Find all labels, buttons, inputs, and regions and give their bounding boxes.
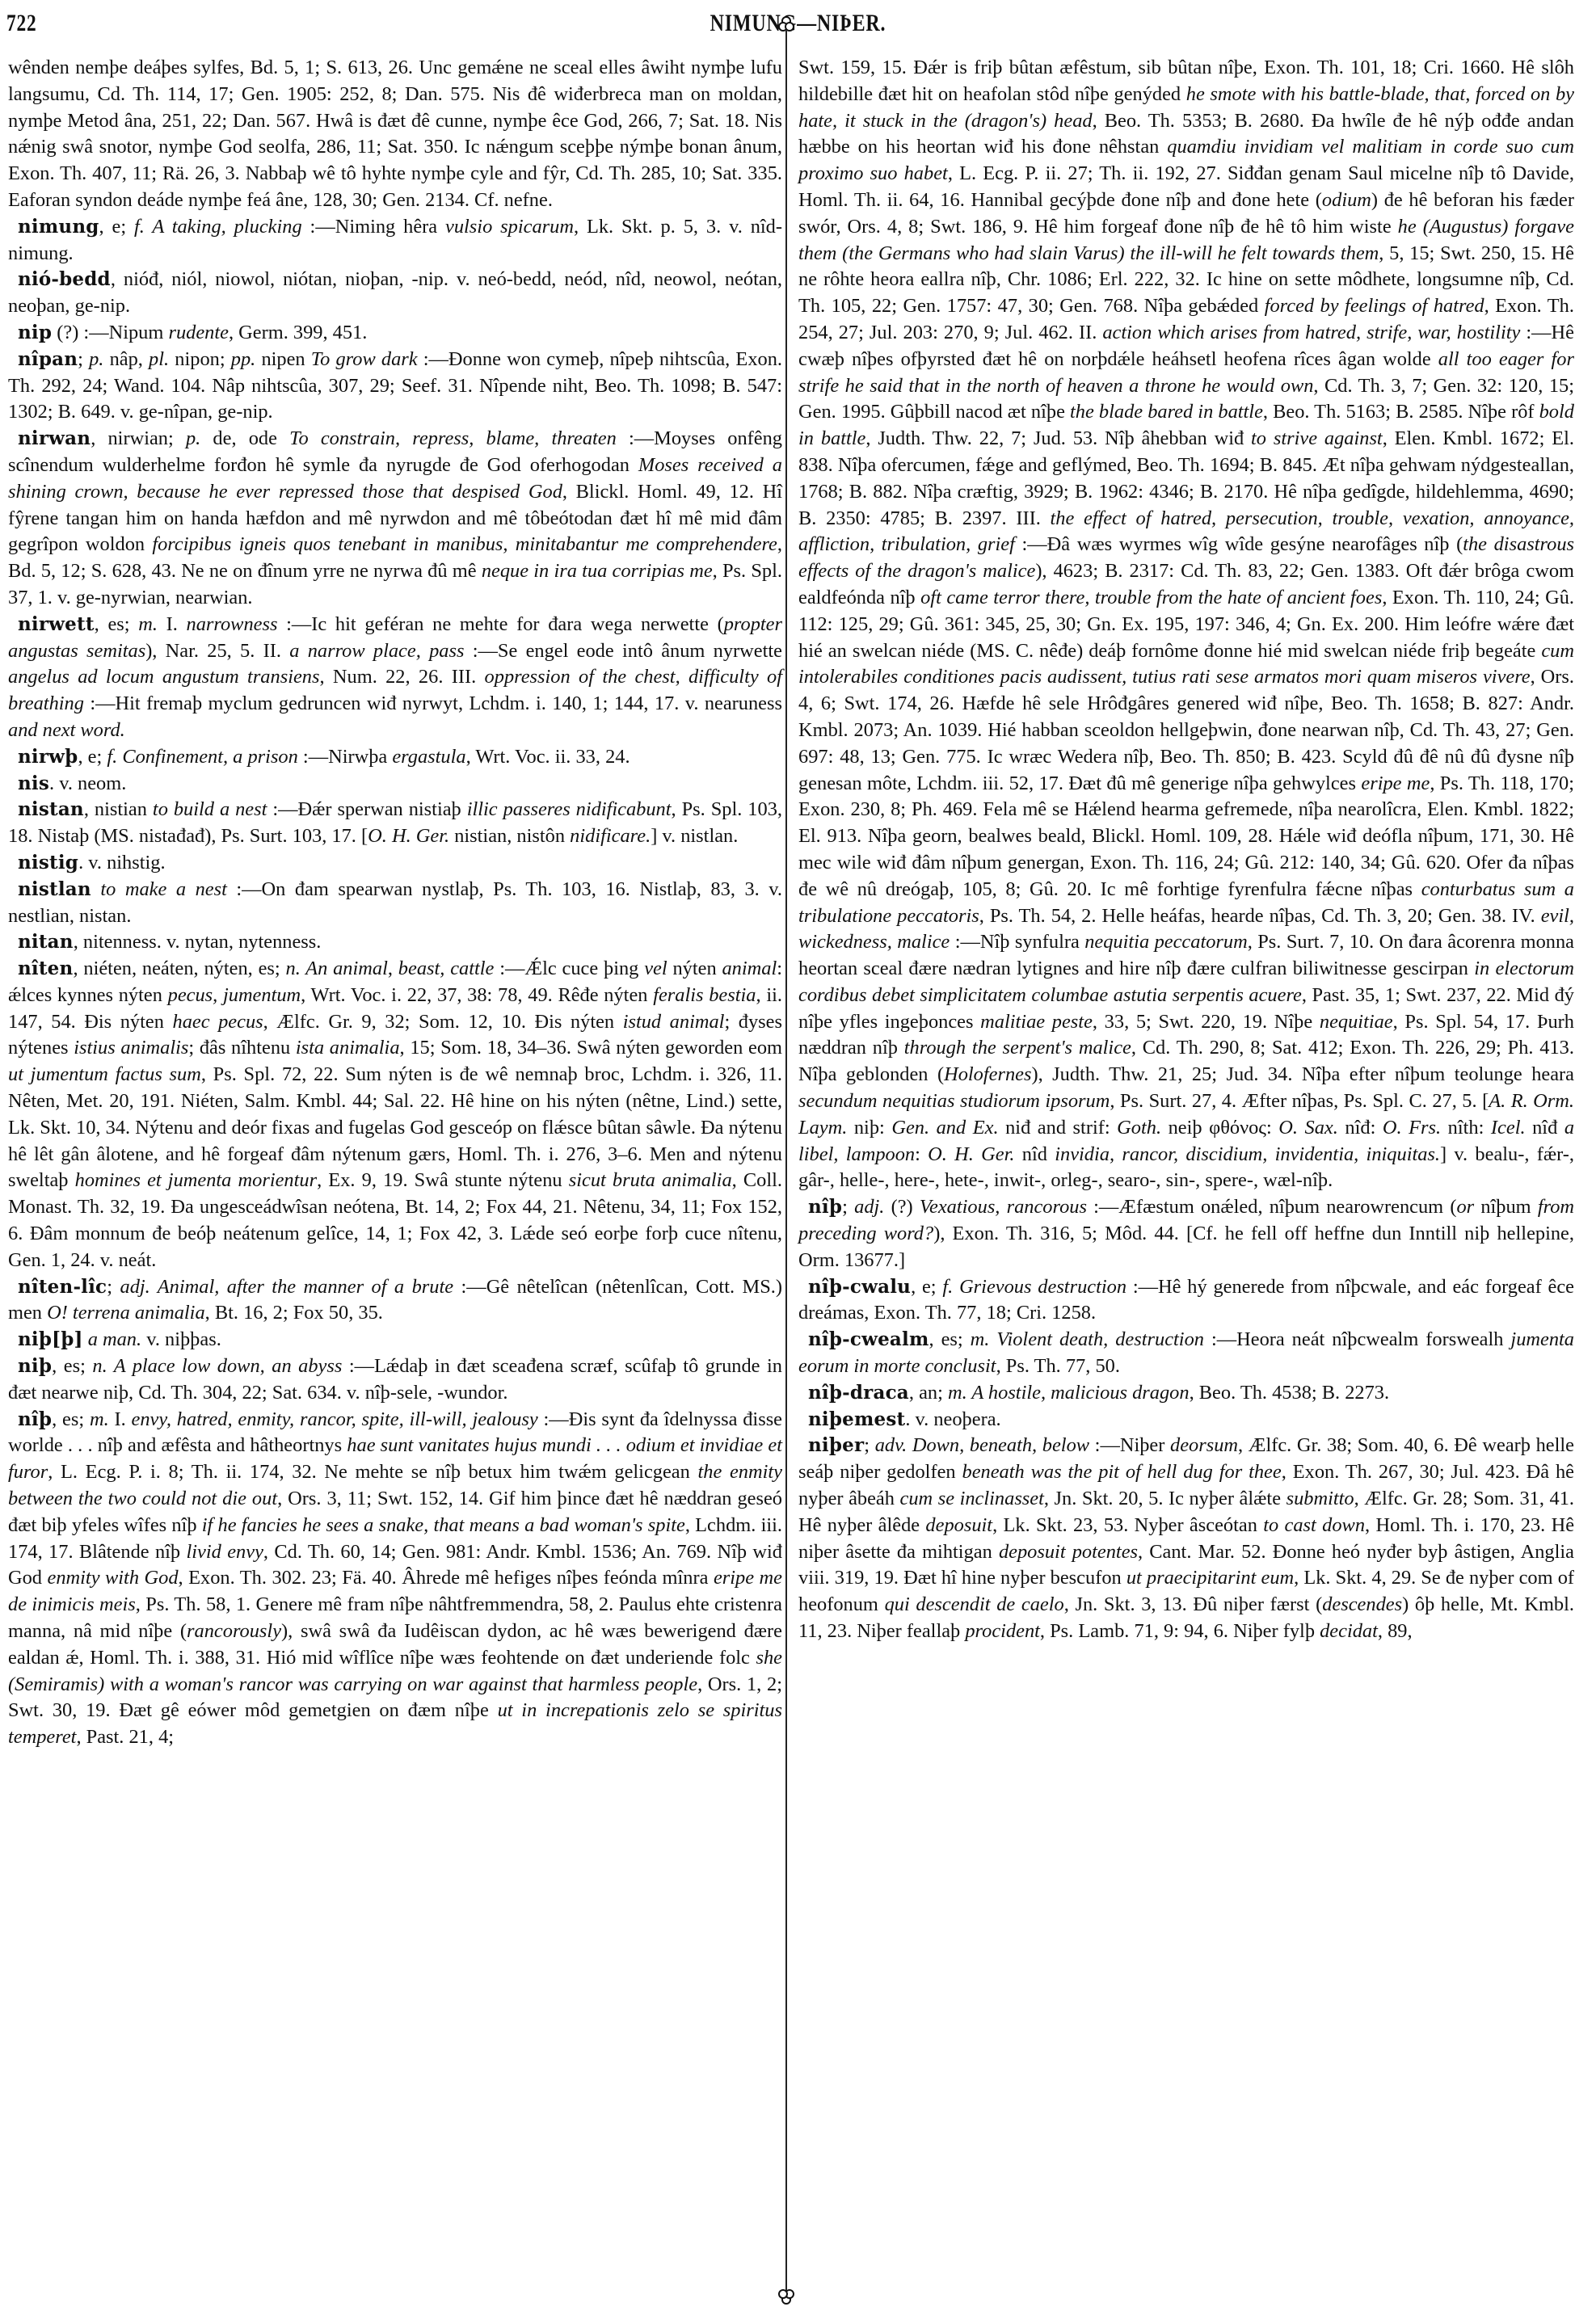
italic-gloss: animal — [722, 958, 777, 979]
italic-gloss: m. — [138, 613, 158, 635]
entry-text: (?) — [884, 1196, 919, 1218]
italic-gloss: angelus ad locum angustum transiens — [8, 666, 319, 688]
entry-text: , es; — [52, 1355, 92, 1377]
italic-gloss: action which arises from hatred, strife,… — [1102, 322, 1520, 343]
italic-gloss: invidia, rancor, discidium, invidentia, … — [1055, 1143, 1440, 1165]
italic-gloss: nidificare. — [570, 825, 651, 847]
headword: niþer — [808, 1434, 864, 1456]
italic-gloss: Gen. and Ex. — [891, 1117, 998, 1139]
italic-gloss: ergastula — [392, 746, 465, 768]
entry-text: , nistian — [84, 798, 153, 820]
dictionary-entry: nîþ-draca, an; m. A hostile, malicious d… — [798, 1380, 1574, 1407]
italic-gloss: f. A taking, plucking — [134, 216, 302, 238]
entry-text: niđ and strif: — [999, 1117, 1118, 1139]
entry-text: nipen — [255, 348, 311, 370]
italic-gloss: nequitia peccatorum — [1084, 931, 1248, 953]
italic-gloss: p. — [89, 348, 103, 370]
entry-text: nîd — [1014, 1143, 1055, 1165]
dictionary-entry: nîpan; p. nâp, pl. nipon; pp. nipen To g… — [8, 347, 782, 426]
entry-text: nîþum — [1474, 1196, 1538, 1218]
italic-gloss: to cast down — [1263, 1514, 1365, 1536]
italic-gloss: decidat — [1320, 1620, 1378, 1642]
italic-gloss: pl. — [149, 348, 169, 370]
entry-text: , Ps. Surt. 27, 4. Æfter nîþas, Ps. Spl.… — [1110, 1090, 1489, 1112]
headword: niþemest — [808, 1408, 905, 1430]
italic-gloss: p. — [186, 427, 200, 449]
entry-text: , Germ. 399, 451. — [229, 322, 367, 343]
italic-gloss: submitto — [1286, 1488, 1354, 1509]
italic-gloss: rudente — [168, 322, 229, 343]
italic-gloss: and next word. — [8, 719, 125, 741]
entry-text: (?) :—Nipum — [52, 322, 168, 343]
entry-text: , e; — [99, 216, 135, 238]
italic-gloss: n. A place low down, an abyss — [92, 1355, 342, 1377]
italic-gloss: narrowness — [187, 613, 278, 635]
italic-gloss: sicut bruta animalia — [569, 1169, 732, 1191]
entry-text: nîđ: — [1338, 1117, 1383, 1139]
entry-text: ; — [78, 348, 89, 370]
italic-gloss: Vexatious, rancorous — [920, 1196, 1087, 1218]
italic-gloss: istud animal — [623, 1011, 725, 1033]
entry-text: , Num. 22, 26. III. — [319, 666, 484, 688]
italic-gloss: vulsio spicarum — [445, 216, 574, 238]
entry-text: :—Se engel eode intô ânum nyrwette — [464, 640, 782, 662]
entry-text: :—Nirwþa — [298, 746, 393, 768]
italic-gloss: adv. Down, beneath, below — [875, 1434, 1089, 1456]
entry-text: v. niþþas. — [141, 1328, 221, 1350]
headword: nip — [18, 322, 52, 343]
italic-gloss: the blade bared in battle — [1070, 401, 1263, 423]
entry-text: , Wrt. Voc. ii. 33, 24. — [466, 746, 630, 768]
italic-gloss: adj. Animal, after the manner of a brute — [120, 1276, 454, 1298]
headword: nîþ-cwalu — [808, 1276, 911, 1298]
italic-gloss: odium — [1322, 189, 1371, 211]
dictionary-entry: nió-bedd, nióđ, niól, niowol, niótan, ni… — [8, 267, 782, 320]
entry-text: , Exon. Th. 302. 23; Fä. 40. Âhrede mê h… — [179, 1567, 714, 1589]
page-header: 722 NIMUNG—NIÞER. — [0, 6, 1596, 40]
entry-text: , Beo. Th. 5163; B. 2585. Nîþe rôf — [1263, 401, 1539, 423]
italic-gloss: haec pecus — [173, 1011, 263, 1033]
italic-gloss: deposuit — [925, 1514, 992, 1536]
entry-text: , nirwian; — [91, 427, 186, 449]
italic-gloss: adj. — [854, 1196, 884, 1218]
entry-text: :—Đǽr sperwan nistiaþ — [267, 798, 466, 820]
entry-text: :—Æfæstum onǽled, nîþum nearowrencum ( — [1087, 1196, 1457, 1218]
entry-continuation: Swt. 159, 15. Đǽr is friþ bûtan æfêstum,… — [798, 55, 1574, 1194]
headword: nis — [18, 772, 49, 794]
headword: niþ — [18, 1355, 52, 1377]
headword: nîþ-draca — [808, 1382, 909, 1404]
entry-text: , Ps. Th. 77, 50. — [996, 1355, 1120, 1377]
italic-gloss: secundum nequitias studiorum ipsorum — [798, 1090, 1110, 1112]
entry-text: , Jn. Skt. 3, 13. Đû niþer færst ( — [1064, 1593, 1323, 1615]
entry-text: :—Ic hit geféran ne mehte for đara wega … — [277, 613, 723, 635]
entry-text: I. — [109, 1408, 132, 1430]
dictionary-entry: niþer; adv. Down, beneath, below :—Niþer… — [798, 1433, 1574, 1644]
italic-gloss: eripe me — [1361, 772, 1430, 794]
headword: nîþ — [808, 1196, 842, 1218]
entry-text: :—Niþer — [1089, 1434, 1170, 1456]
entry-text: . v. neoþera. — [905, 1408, 1000, 1430]
italic-gloss: descendes — [1322, 1593, 1402, 1615]
italic-gloss: O. Sax. — [1278, 1117, 1338, 1139]
divider-rule — [785, 31, 787, 2292]
italic-gloss: malitiae peste — [980, 1011, 1093, 1033]
italic-gloss: beast, cattle — [398, 958, 495, 979]
headword: nistig — [18, 852, 78, 873]
column-divider — [785, 16, 787, 2303]
entry-text: nîđ — [1526, 1117, 1564, 1139]
entry-text: nistian, nistôn — [449, 825, 570, 847]
italic-gloss: pecus, jumentum — [168, 984, 301, 1006]
entry-continuation: wênden nemþe deáþes sylfes, Bd. 5, 1; S.… — [8, 55, 782, 214]
entry-text: neiþ φθόνος: — [1161, 1117, 1278, 1139]
italic-gloss: oft came terror there, trouble from the … — [920, 587, 1382, 608]
dictionary-entry: nirwþ, e; f. Confinement, a prison :—Nir… — [8, 744, 782, 771]
headword: nimung — [18, 216, 99, 238]
dictionary-entry: niþemest. v. neoþera. — [798, 1407, 1574, 1433]
entry-text: nýten — [667, 958, 722, 979]
entry-text: ] v. nistlan. — [651, 825, 738, 847]
entry-text: , Jn. Skt. 20, 5. Ic nyþer âlǽte — [1044, 1488, 1286, 1509]
dictionary-entry: nis. v. neom. — [8, 771, 782, 798]
entry-text: ; — [864, 1434, 874, 1456]
italic-gloss: Goth. — [1117, 1117, 1161, 1139]
italic-gloss: qui descendit de caelo — [885, 1593, 1064, 1615]
italic-gloss: illic passeres nidificabunt — [467, 798, 672, 820]
entry-text: , 15; Som. 18, 34–36. Swâ nýten geworden… — [400, 1037, 782, 1059]
entry-text: I. — [158, 613, 187, 635]
italic-gloss: m. Violent death, destruction — [971, 1328, 1204, 1350]
headword: nirwþ — [18, 746, 78, 768]
column-right: Swt. 159, 15. Đǽr is friþ bûtan æfêstum,… — [798, 55, 1574, 1645]
dictionary-entry: niþ, es; n. A place low down, an abyss :… — [8, 1353, 782, 1407]
entry-text: nipon; — [169, 348, 231, 370]
entry-text: , Past. 21, 4; — [76, 1726, 174, 1748]
entry-text: : — [915, 1143, 928, 1165]
italic-gloss: cum se inclinasset — [900, 1488, 1044, 1509]
entry-text: :—Đâ wæs wyrmes wîg wîde gesýne nearofâg… — [1015, 533, 1463, 555]
entry-text: ; đâs nîhtenu — [188, 1037, 295, 1059]
dictionary-entry: niþ[þ] a man. v. niþþas. — [8, 1327, 782, 1353]
italic-gloss: neque in ira tua corripias me — [482, 560, 713, 582]
entry-text: , nióđ, niól, niowol, niótan, nioþan, -n… — [8, 268, 782, 317]
dictionary-entry: nirwett, es; m. I. narrowness :—Ic hit g… — [8, 612, 782, 744]
italic-gloss: ista animalia — [296, 1037, 400, 1059]
italic-gloss: O. Frs. — [1383, 1117, 1441, 1139]
headword: nîþ — [18, 1408, 52, 1430]
entry-text: , e; — [78, 746, 107, 768]
entry-text: ), Judth. Thw. 21, 25; Jud. 34. Nîþa eft… — [1031, 1063, 1574, 1085]
italic-gloss: Icel. — [1491, 1117, 1526, 1139]
italic-gloss: forcipibus igneis quos tenebant in manib… — [152, 533, 777, 555]
italic-gloss: O. H. Ger. — [928, 1143, 1014, 1165]
italic-gloss: O! terrena animalia — [47, 1302, 205, 1324]
italic-gloss: nequitiae — [1320, 1011, 1393, 1033]
italic-gloss: Holofernes — [944, 1063, 1031, 1085]
dictionary-entry: nistlan to make a nest :—On đam spearwan… — [8, 877, 782, 930]
headword: niþ[þ] — [18, 1328, 83, 1350]
dictionary-entry: nirwan, nirwian; p. de, ode To constrain… — [8, 426, 782, 612]
italic-gloss: a narrow place, pass — [289, 640, 464, 662]
italic-gloss: a man. — [88, 1328, 141, 1350]
italic-gloss: through the serpent's malice — [904, 1037, 1131, 1059]
italic-gloss: pp. — [231, 348, 256, 370]
entry-text: , Wrt. Voc. i. 22, 37, 38: 78, 49. Rêđe … — [301, 984, 653, 1006]
entry-text: , niéten, neáten, nýten, es; — [73, 958, 285, 979]
trefoil-ornament-icon — [778, 2288, 794, 2305]
headword: nîþ-cwealm — [808, 1328, 929, 1350]
entry-text: , Bt. 16, 2; Fox 50, 35. — [205, 1302, 383, 1324]
headword: nitan — [18, 931, 74, 953]
italic-gloss: to make a nest — [100, 878, 227, 900]
entry-text: . v. nihstig. — [78, 852, 166, 873]
entry-text: ; — [842, 1196, 854, 1218]
italic-gloss: if he fancies he sees a snake, that mean… — [202, 1514, 685, 1536]
entry-text: :—Ǽlc cuce þing — [494, 958, 644, 979]
italic-gloss: to build a nest — [153, 798, 267, 820]
entry-text: , Judth. Thw. 22, 7; Jud. 53. Nîþ âhebba… — [865, 427, 1251, 449]
dictionary-entry: nîþ-cwalu, e; f. Grievous destruction :—… — [798, 1274, 1574, 1328]
italic-gloss: livid envy — [187, 1541, 263, 1563]
entry-text: , es; — [929, 1328, 971, 1350]
entry-text: , e; — [911, 1276, 942, 1298]
italic-gloss: procident — [965, 1620, 1040, 1642]
entry-text: . v. neom. — [49, 772, 126, 794]
italic-gloss: forced by feelings of hatred — [1265, 295, 1484, 317]
dictionary-entry: nimung, e; f. A taking, plucking :—Nimin… — [8, 214, 782, 267]
entry-text: :—Hit fremaþ myclum gedruncen wiđ nyrwyt… — [84, 692, 782, 714]
italic-gloss: To grow dark — [311, 348, 418, 370]
entry-text: ; — [107, 1276, 120, 1298]
headword: nirwett — [18, 613, 95, 635]
dictionary-entry: nîten-lîc; adj. Animal, after the manner… — [8, 1274, 782, 1328]
italic-gloss: vel — [644, 958, 667, 979]
entry-text: , an; — [909, 1382, 948, 1404]
entry-text: , Beo. Th. 4538; B. 2273. — [1190, 1382, 1390, 1404]
italic-gloss: O. H. Ger. — [368, 825, 449, 847]
dictionary-entry: nîten, niéten, neáten, nýten, es; n. An … — [8, 956, 782, 1274]
entry-text: nâp, — [103, 348, 149, 370]
dictionary-entry: nîþ; adj. (?) Vexatious, rancorous :—Æfæ… — [798, 1194, 1574, 1273]
dictionary-entry: nistig. v. nihstig. — [8, 850, 782, 877]
entry-text: ), Nar. 25, 5. II. — [145, 640, 289, 662]
entry-text: , es; — [95, 613, 139, 635]
headword: nîpan — [18, 348, 78, 370]
entry-text: , Lk. Skt. 23, 53. Nyþer âsceótan — [992, 1514, 1263, 1536]
italic-gloss: homines et jumenta morientur — [75, 1169, 317, 1191]
italic-gloss: deposuit potentes — [999, 1541, 1138, 1563]
entry-text: , es; — [52, 1408, 90, 1430]
italic-gloss: ut jumentum factus sum — [8, 1063, 201, 1085]
italic-gloss: beneath was the pit of hell dug for thee — [962, 1461, 1282, 1483]
entry-text: wênden nemþe deáþes sylfes, Bd. 5, 1; S.… — [8, 57, 782, 211]
headword: nió-bedd — [18, 268, 111, 290]
italic-gloss: m. — [90, 1408, 109, 1430]
headword: nîten-lîc — [18, 1276, 107, 1298]
italic-gloss: istius animalis — [74, 1037, 188, 1059]
entry-text: , 33, 5; Swt. 220, 19. Nîþe — [1093, 1011, 1320, 1033]
dictionary-entry: nip (?) :—Nipum rudente, Germ. 399, 451. — [8, 320, 782, 347]
entry-text: , 89, — [1378, 1620, 1413, 1642]
entry-text: de, ode — [200, 427, 289, 449]
italic-gloss: deorsum — [1170, 1434, 1238, 1456]
italic-gloss: enmity with God — [48, 1567, 179, 1589]
italic-gloss: To constrain, repress, blame, threaten — [289, 427, 617, 449]
page-number: 722 — [6, 10, 36, 37]
dictionary-entry: nîþ, es; m. I. envy, hatred, enmity, ran… — [8, 1407, 782, 1751]
dictionary-entry: nistan, nistian to build a nest :—Đǽr sp… — [8, 797, 782, 850]
entry-text: , L. Ecg. P. i. 8; Th. ii. 174, 32. Ne m… — [48, 1461, 697, 1483]
dictionary-entry: nîþ-cwealm, es; m. Violent death, destru… — [798, 1327, 1574, 1380]
entry-text: , Ex. 9, 19. Swâ stunte nýtenu — [317, 1169, 569, 1191]
headword: nistan — [18, 798, 84, 820]
italic-gloss: or — [1456, 1196, 1474, 1218]
entry-text: nîth: — [1441, 1117, 1491, 1139]
dictionary-entry: nitan, nitenness. v. nytan, nytenness. — [8, 929, 782, 956]
entry-text: , — [388, 958, 398, 979]
entry-text: :—Heora neát nîþcwealm forswealh — [1204, 1328, 1510, 1350]
trefoil-ornament-icon — [778, 16, 794, 32]
entry-text: , Ps. Th. 54, 2. Helle heáfas, hearde nî… — [979, 905, 1541, 927]
column-left: wênden nemþe deáþes sylfes, Bd. 5, 1; S.… — [8, 55, 782, 1751]
entry-text: niþ: — [847, 1117, 891, 1139]
headword: nirwan — [18, 427, 91, 449]
italic-gloss: f. Confinement, a prison — [107, 746, 297, 768]
entry-text: :—Nîþ synfulra — [950, 931, 1084, 953]
running-head: NIMUNG—NIÞER. — [160, 10, 1437, 37]
headword: nistlan — [18, 878, 91, 900]
italic-gloss: rancorously — [187, 1620, 281, 1642]
entry-text: , Ælfc. Gr. 9, 32; Som. 12, 10. Đis nýte… — [263, 1011, 623, 1033]
entry-text — [91, 878, 101, 900]
italic-gloss: f. Grievous destruction — [942, 1276, 1126, 1298]
italic-gloss: to strive against — [1251, 427, 1383, 449]
italic-gloss: feralis bestia — [653, 984, 756, 1006]
italic-gloss: envy, hatred, enmity, rancor, spite, ill… — [132, 1408, 538, 1430]
italic-gloss: n. An animal — [286, 958, 388, 979]
entry-text: , nitenness. v. nytan, nytenness. — [74, 931, 322, 953]
headword: nîten — [18, 958, 73, 979]
italic-gloss: m. A hostile, malicious dragon — [948, 1382, 1190, 1404]
entry-text: , Ps. Lamb. 71, 9: 94, 6. Niþer fylþ — [1040, 1620, 1320, 1642]
entry-text: :—Niming hêra — [302, 216, 445, 238]
italic-gloss: ut praecipitarint eum — [1126, 1567, 1294, 1589]
